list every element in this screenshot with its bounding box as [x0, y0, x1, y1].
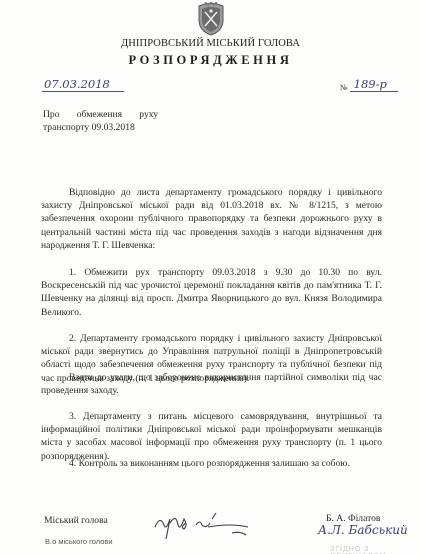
acting-signatory-role: В.о міського голови: [45, 537, 113, 546]
authority-title: ДНІПРОВСЬКИЙ МІСЬКИЙ ГОЛОВА: [0, 38, 421, 49]
acting-signatory-name: А.Л. Бабський: [318, 523, 408, 537]
item-4: 4. Контроль за виконанням цього розпоряд…: [41, 457, 382, 470]
item-1: 1. Обмежити рух транспорту 09.03.2018 з …: [41, 266, 382, 319]
number-value: 189-р: [350, 77, 398, 92]
document-date: 07.03.2018: [42, 77, 124, 92]
coat-of-arms-icon: [196, 2, 226, 36]
item-3: 3. Департаменту з питань місцевого самов…: [41, 410, 382, 463]
intro-paragraph: Відповідно до листа департаменту громадс…: [41, 186, 382, 252]
document-number: № 189-р: [340, 77, 398, 92]
certification-stamp: ЗГІДНО З ОРИГІНАЛОМ: [330, 546, 421, 554]
document-page: ДНІПРОВСЬКИЙ МІСЬКИЙ ГОЛОВА РОЗПОРЯДЖЕНН…: [0, 0, 421, 554]
document-type: РОЗПОРЯДЖЕННЯ: [0, 53, 421, 68]
signatory-role: Міський голова: [44, 515, 108, 526]
handwritten-signature-icon: [150, 505, 270, 545]
document-subject: Про обмеження руху транспорту 09.03.2018: [43, 108, 158, 134]
item-2-note: Взяти до уваги, що заборонено використан…: [41, 371, 382, 397]
number-label: №: [340, 83, 348, 92]
